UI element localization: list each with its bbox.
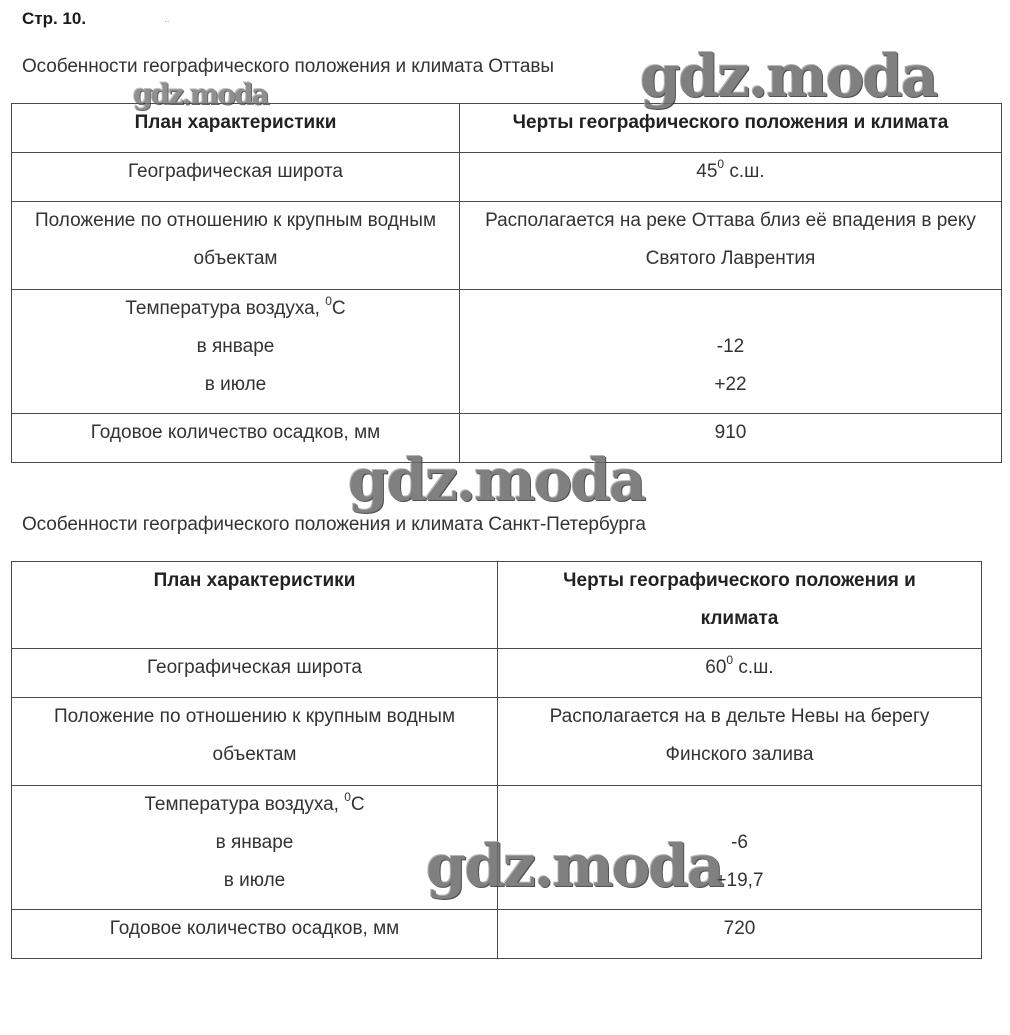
row-value: 720 xyxy=(498,910,982,959)
row-value: Располагается на реке Оттава близ её впа… xyxy=(460,202,1002,290)
table-row: Годовое количество осадков, мм 720 xyxy=(12,910,982,959)
row-value: 600 с.ш. xyxy=(498,649,982,698)
header-features: Черты географического положения и климат… xyxy=(460,104,1002,153)
row-label: Положение по отношению к крупным водным … xyxy=(12,202,460,290)
table-row: Положение по отношению к крупным водным … xyxy=(12,698,982,786)
row-label: Годовое количество осадков, мм xyxy=(12,414,460,463)
stray-mark: .. xyxy=(164,14,170,25)
row-value: -6 +19,7 xyxy=(498,786,982,910)
table-row: Температура воздуха, 0С в январе в июле … xyxy=(12,786,982,910)
row-label: Положение по отношению к крупным водным … xyxy=(12,698,498,786)
row-value: 910 xyxy=(460,414,1002,463)
table-row: Положение по отношению к крупным водным … xyxy=(12,202,1002,290)
page-number: Стр. 10. xyxy=(22,9,86,29)
row-label: Температура воздуха, 0С в январе в июле xyxy=(12,786,498,910)
row-label: Географическая широта xyxy=(12,649,498,698)
row-value: -12 +22 xyxy=(460,290,1002,414)
table-header-row: План характеристики Черты географическог… xyxy=(12,562,982,649)
table1-caption: Особенности географического положения и … xyxy=(22,56,554,78)
row-label: Температура воздуха, 0С в январе в июле xyxy=(12,290,460,414)
table-header-row: План характеристики Черты географическог… xyxy=(12,104,1002,153)
row-value: Располагается на в дельте Невы на берегу… xyxy=(498,698,982,786)
header-plan: План характеристики xyxy=(12,104,460,153)
table-row: Температура воздуха, 0С в январе в июле … xyxy=(12,290,1002,414)
row-label: Годовое количество осадков, мм xyxy=(12,910,498,959)
table-row: Географическая широта 450 с.ш. xyxy=(12,153,1002,202)
spb-climate-table: План характеристики Черты географическог… xyxy=(11,561,982,959)
header-features: Черты географического положения и климат… xyxy=(498,562,982,649)
ottawa-climate-table: План характеристики Черты географическог… xyxy=(11,103,1002,463)
row-value: 450 с.ш. xyxy=(460,153,1002,202)
watermark-top: gdz.moda xyxy=(640,42,936,110)
table-row: Географическая широта 600 с.ш. xyxy=(12,649,982,698)
header-plan: План характеристики xyxy=(12,562,498,649)
table-row: Годовое количество осадков, мм 910 xyxy=(12,414,1002,463)
table2-caption: Особенности географического положения и … xyxy=(22,514,646,536)
row-label: Географическая широта xyxy=(12,153,460,202)
